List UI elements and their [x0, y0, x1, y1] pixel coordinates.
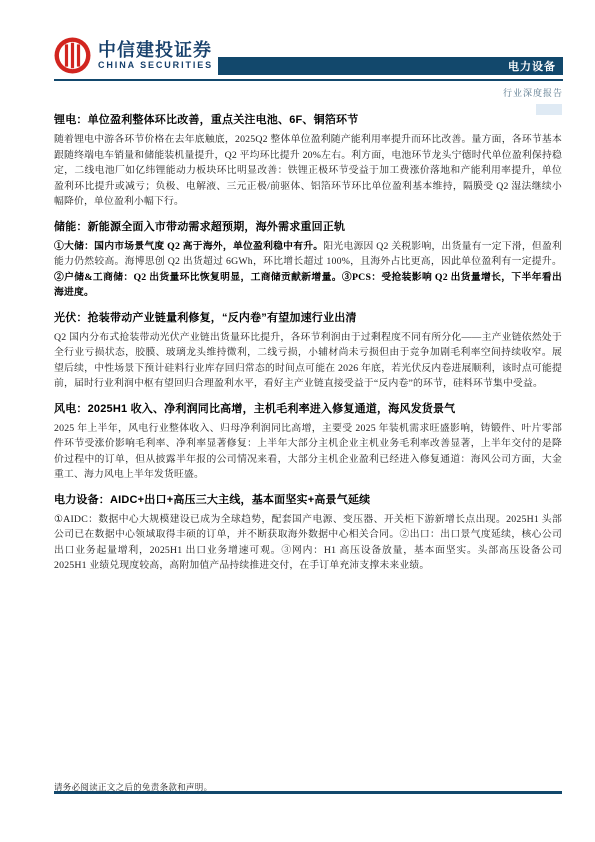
report-body: 锂电：单位盈利整体环比改善，重点关注电池、6F、铜箔环节 随着锂电中游各环节价格… — [54, 113, 562, 584]
section-energy-storage: 储能：新能源全面入市带动需求超预期，海外需求重回正轨 ①大储：国内市场景气度 Q… — [54, 220, 562, 301]
csc-logo-icon — [54, 37, 91, 74]
section-heading: 储能：新能源全面入市带动需求超预期，海外需求重回正轨 — [54, 220, 562, 235]
header-divider — [54, 79, 563, 81]
section-photovoltaic: 光伏：抢装带动产业链量利修复，“反内卷”有望加速行业出清 Q2 国内分布式抢装带… — [54, 311, 562, 392]
section-paragraph: 随着锂电中游各环节价格在去年底触底，2025Q2 整体单位盈利随产能利用率提升而… — [54, 132, 562, 210]
brand-name-cn: 中信建投证券 — [98, 40, 213, 60]
footer-divider — [54, 791, 562, 794]
sector-tag-label: 电力设备 — [508, 58, 556, 74]
brand-block: 中信建投证券 CHINA SECURITIES — [54, 37, 213, 74]
sector-tag-bar: 电力设备 — [218, 57, 563, 75]
section-power-equipment: 电力设备：AIDC+出口+高压三大主线，基本面坚实+高景气延续 ①AIDC：数据… — [54, 493, 562, 574]
section-paragraph: Q2 国内分布式抢装带动光伏产业链出货量环比提升，各环节利润由于过剩程度不同有所… — [54, 330, 562, 392]
section-wind-power: 风电：2025H1 收入、净利润同比高增，主机毛利率进入修复通道，海风发货景气 … — [54, 402, 562, 483]
report-page: 中信建投证券 CHINA SECURITIES 电力设备 行业深度报告 锂电：单… — [0, 0, 595, 842]
section-heading: 风电：2025H1 收入、净利润同比高增，主机毛利率进入修复通道，海风发货景气 — [54, 402, 562, 417]
section-paragraph: ①AIDC：数据中心大规模建设已成为全球趋势，配套国产电源、变压器、开关柜下游新… — [54, 512, 562, 574]
section-lithium-battery: 锂电：单位盈利整体环比改善，重点关注电池、6F、铜箔环节 随着锂电中游各环节价格… — [54, 113, 562, 210]
brand-name-en: CHINA SECURITIES — [98, 60, 213, 71]
report-type-label: 行业深度报告 — [503, 86, 563, 99]
section-heading: 光伏：抢装带动产业链量利修复，“反内卷”有望加速行业出清 — [54, 311, 562, 326]
section-heading: 电力设备：AIDC+出口+高压三大主线，基本面坚实+高景气延续 — [54, 493, 562, 508]
brand-text: 中信建投证券 CHINA SECURITIES — [98, 40, 213, 71]
section-paragraph: ①大储：国内市场景气度 Q2 高于海外，单位盈利稳中有升。阳光电源因 Q2 关税… — [54, 239, 562, 301]
section-heading: 锂电：单位盈利整体环比改善，重点关注电池、6F、铜箔环节 — [54, 113, 562, 128]
section-paragraph: 2025 年上半年，风电行业整体收入、归母净利润同比高增，主要受 2025 年装… — [54, 421, 562, 483]
